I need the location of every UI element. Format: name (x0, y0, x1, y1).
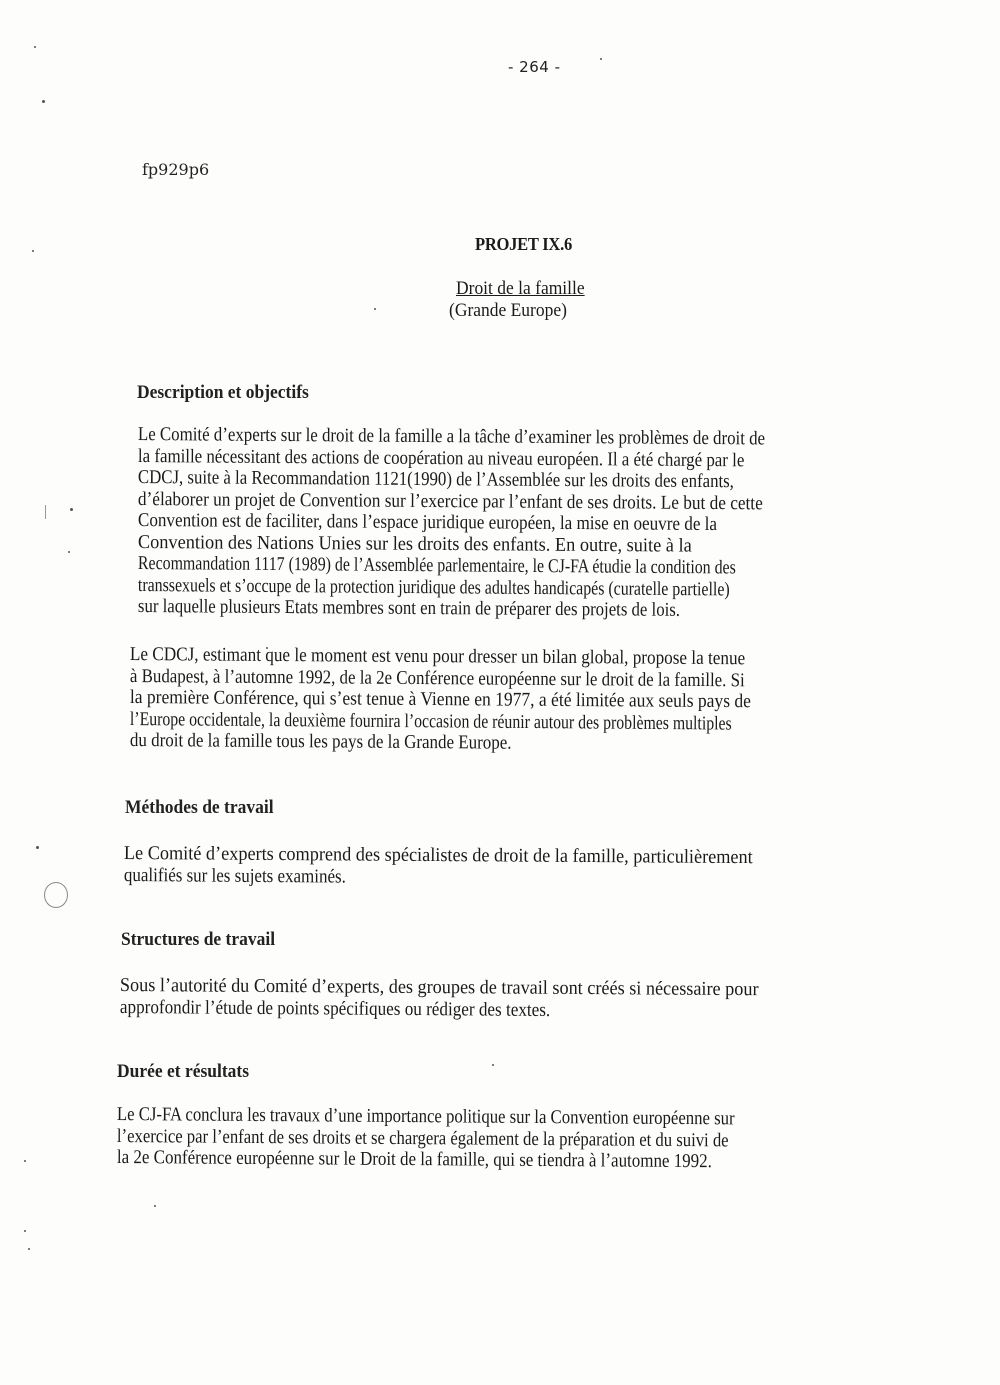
scan-speck (266, 647, 268, 649)
punch-hole-mark (44, 882, 68, 908)
scan-speck (34, 46, 36, 48)
section-heading-description: Description et objectifs (137, 382, 309, 404)
text-line: qualifiés sur les sujets examinés. (124, 865, 709, 891)
duration-paragraph: Le CJ-FA conclura les travaux d’une impo… (117, 1104, 837, 1169)
scan-speck (70, 508, 73, 511)
document-reference: fp929p6 (142, 160, 209, 179)
scan-speck (42, 100, 45, 103)
scan-speck (24, 1160, 26, 1162)
project-title: PROJET IX.6 (475, 234, 572, 255)
section-heading-structures: Structures de travail (121, 929, 275, 951)
text-line: la 2e Conférence européenne sur le Droit… (117, 1147, 743, 1173)
document-subtitle: Droit de la famille (456, 278, 585, 300)
scan-speck (24, 1230, 26, 1232)
scan-speck (492, 1064, 494, 1066)
scan-speck (28, 1248, 30, 1250)
scan-speck (32, 250, 34, 252)
scan-speck (68, 551, 70, 553)
document-subtitle-note: (Grande Europe) (449, 300, 567, 322)
methods-paragraph: Le Comité d’experts comprend des spécial… (124, 843, 797, 886)
scan-speck (36, 846, 39, 849)
description-paragraph-1: Le Comité d’experts sur le droit de la f… (138, 424, 872, 618)
scan-speck (600, 58, 602, 60)
text-line: approfondir l’étude de points spécifique… (120, 997, 721, 1023)
description-paragraph-2: Le CDCJ, estimant que le moment est venu… (130, 644, 873, 752)
page-number: - 264 - (508, 58, 561, 76)
text-line: sur laquelle plusieurs Etats membres son… (138, 596, 769, 622)
structures-paragraph: Sous l’autorité du Comité d’experts, des… (120, 975, 804, 1018)
margin-mark (45, 505, 46, 519)
section-heading-methods: Méthodes de travail (125, 797, 274, 819)
text-line: du droit de la famille tous les pays de … (130, 730, 776, 756)
scan-speck (374, 308, 376, 310)
section-heading-duration: Durée et résultats (117, 1061, 249, 1083)
scan-speck (154, 1205, 156, 1207)
